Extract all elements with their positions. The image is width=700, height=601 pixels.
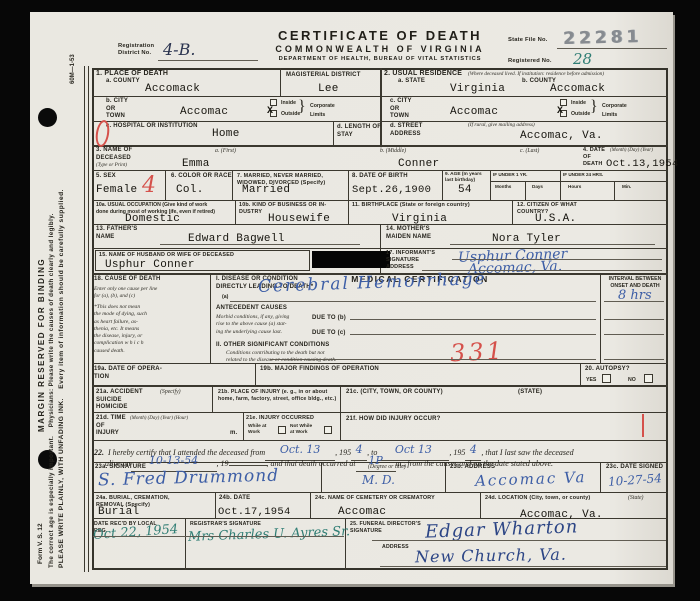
specify-label: (Specify) <box>160 389 181 397</box>
rule <box>348 200 349 224</box>
rule <box>215 492 216 518</box>
burial-date-value: Oct.17,1954 <box>218 507 291 518</box>
rule <box>92 440 668 441</box>
red-code-331: 331 <box>449 339 505 366</box>
outside-checkbox-x: X <box>267 106 273 117</box>
spouse-value: Usphur Conner <box>105 260 195 271</box>
hole-punch-top <box>38 108 57 127</box>
accident-suicide-homicide-label: 21a. ACCIDENT SUICIDE HOMICIDE <box>96 389 143 412</box>
alive-on-value: 10-13-54 <box>149 454 198 467</box>
state-value: Virginia <box>450 84 505 95</box>
color-race-value: Col. <box>176 185 204 196</box>
autopsy-no-checkbox <box>644 374 653 383</box>
rule <box>348 170 349 200</box>
birthplace-label: 11. BIRTHPLACE (State or foreign country… <box>352 202 470 209</box>
rule <box>512 200 513 224</box>
injury-occurred-label: 21e. INJURY OCCURRED <box>246 415 314 422</box>
cemetery-location-label: 24d. LOCATION (City, town, or county) <box>485 495 590 502</box>
rule <box>230 301 596 302</box>
res-outside-checkbox-x: X <box>557 106 563 117</box>
state-label: a. STATE <box>398 78 425 86</box>
dob-value: Sept.26,1900 <box>352 185 431 196</box>
rule <box>270 359 596 360</box>
registrar-signature-label: REGISTRAR'S SIGNATURE <box>190 521 261 528</box>
rule <box>235 200 236 224</box>
injury-city-label: 21c. (CITY, TOWN, OR COUNTY) <box>346 389 443 397</box>
rule <box>92 363 668 364</box>
state-file-value: 22281 <box>563 29 643 48</box>
autopsy-label: 20. AUTOPSY? <box>585 366 630 374</box>
while-at-work-label: While at Work <box>248 424 266 436</box>
cause-a-label: (a) <box>222 294 228 301</box>
sex-label: 5. SEX <box>96 173 116 181</box>
not-while-at-work-checkbox <box>324 426 332 434</box>
cemetery-label: 24c. NAME OF CEMETERY OR CREMATORY <box>315 495 435 502</box>
middle-name-label: b. (Middle) <box>380 148 406 156</box>
rule <box>210 273 211 363</box>
brace: } <box>590 98 598 116</box>
registered-no-value: 28 <box>573 52 592 67</box>
date-of-death-label: 4. DATE OF DEATH <box>583 147 605 168</box>
how-injury-label: 21f. HOW DID INJURY OCCUR? <box>346 416 441 424</box>
street-address-label: d. STREET ADDRESS <box>390 123 422 138</box>
res-outside-label: Outside <box>571 111 590 118</box>
antecedent-causes-label: ANTECEDENT CAUSES <box>216 305 287 313</box>
marital-value: Married <box>242 185 290 196</box>
dob-label: 8. DATE OF BIRTH <box>352 173 408 181</box>
informant-signature-label: 17. INFORMANT'S SIGNATURE <box>386 250 435 264</box>
rule <box>350 319 596 320</box>
magisterial-district-value: Lee <box>318 84 339 95</box>
injury-state-label: (STATE) <box>518 389 542 397</box>
rule <box>92 492 668 493</box>
physician-signature-value: S. Fred Drummond <box>98 468 280 490</box>
rule <box>490 181 668 182</box>
autopsy-yes-checkbox <box>602 374 611 383</box>
months-label: Months <box>495 184 511 190</box>
name-of-deceased-label: 3. NAME OF DECEASED <box>96 147 132 162</box>
registered-no-label: Registered No. <box>508 58 552 65</box>
city-town-value: Accomac <box>180 107 228 118</box>
rule <box>93 536 344 537</box>
street-address-note: (If rural, give mailing address) <box>468 122 535 129</box>
hospital-value: Home <box>212 129 240 140</box>
state-file-label: State File No. <box>508 37 548 44</box>
magisterial-district-label: MAGISTERIAL DISTRICT <box>286 72 361 80</box>
rule <box>84 66 85 572</box>
corporate-limits-label: Corporate Limits <box>310 102 335 121</box>
place-of-injury-label: 21b. PLACE OF INJURY (e. g., in or about… <box>218 389 336 402</box>
date-of-death-cols: (Month) (Day) (Year) <box>610 148 653 155</box>
other-conditions-label: II. OTHER SIGNIFICANT CONDITIONS <box>216 342 329 350</box>
cause-note-2: *This does not mean the mode of dying, s… <box>94 304 147 355</box>
not-while-at-work-label: Not While at Work <box>290 424 312 436</box>
rule <box>333 121 334 145</box>
cemetery-state-label: (State) <box>628 495 643 503</box>
cause-of-death-label: 18. CAUSE OF DEATH <box>94 276 161 284</box>
margin-instruction-2: The correct age is especially important.… <box>48 213 55 568</box>
sex-value: Female <box>96 185 137 196</box>
other-conditions-note: Conditions contributing to the death but… <box>226 350 336 365</box>
date-of-operation-label: 19a. DATE OF OPERA- TION <box>94 366 162 381</box>
rule <box>580 363 581 385</box>
autopsy-no-label: NO <box>628 377 636 384</box>
rule <box>450 244 655 245</box>
street-address-value: Accomac, Va. <box>520 131 603 142</box>
res-city-value: Accomac <box>450 107 498 118</box>
rule <box>243 412 244 440</box>
days-label: Days <box>532 184 543 190</box>
physician-address-label: 23b. ADDRESS <box>450 464 495 472</box>
rule <box>614 181 615 200</box>
burial-value: Burial <box>98 507 139 518</box>
certify-text: , and that death occurred at <box>267 459 356 469</box>
due-to-b-label: DUE TO (b) <box>312 315 346 323</box>
rule <box>160 244 360 245</box>
citizen-value: U.S.A. <box>535 214 576 225</box>
date-of-death-value: Oct.13,1954 <box>606 159 679 170</box>
if-under-1yr-label: IF UNDER 1 YR. <box>493 172 527 178</box>
antecedent-note: Morbid conditions, if any, giving rise t… <box>216 314 289 336</box>
rule <box>557 48 667 49</box>
rule <box>604 301 664 302</box>
autopsy-yes-label: YES <box>586 377 596 384</box>
time-of-injury-cols: (Month) (Day) (Year) (Hour) <box>130 416 188 423</box>
rule <box>280 68 281 96</box>
red-tally-mark <box>642 414 644 437</box>
min-label: Min. <box>622 184 631 190</box>
rule <box>92 145 668 147</box>
redaction-box <box>312 251 390 268</box>
inside-label: Inside <box>281 100 296 107</box>
print-code: 60M—1-53 <box>70 54 76 84</box>
degree-title-value: M. D. <box>362 474 395 486</box>
while-at-work-checkbox <box>278 426 286 434</box>
res-city-label: c. CITY OR TOWN <box>390 98 412 121</box>
rule <box>525 181 526 200</box>
type-or-print-label: (Type or Print) <box>96 162 127 169</box>
res-corporate-limits-label: Corporate Limits <box>602 102 627 121</box>
time-m-label: m. <box>230 430 237 438</box>
rule <box>604 319 664 320</box>
rule <box>490 170 491 200</box>
reg-district-label: Registration District No. <box>118 43 154 57</box>
date-signed-label: 23c. DATE SIGNED <box>606 464 663 472</box>
date-signed-value: 10-27-54 <box>608 472 663 488</box>
birthplace-value: Virginia <box>392 214 447 225</box>
degree-title-label: (Degree or title) <box>368 464 406 472</box>
document-title: CERTIFICATE OF DEATH <box>230 28 530 43</box>
funeral-director-label: 25. FUNERAL DIRECTOR'S SIGNATURE <box>350 521 421 534</box>
document-subtitle: COMMONWEALTH OF VIRGINIA <box>230 44 530 54</box>
rule <box>604 359 664 360</box>
hospital-label: c. HOSPITAL OR INSTITUTION <box>106 123 198 131</box>
rule <box>255 363 256 385</box>
reg-district-value: 4-B. <box>163 42 195 58</box>
rule <box>380 566 666 567</box>
form-number: Form V. S. 12 <box>37 523 44 564</box>
res-inside-checkbox <box>560 99 567 106</box>
rule <box>442 170 443 200</box>
rule <box>185 518 186 570</box>
rule <box>232 170 233 200</box>
death-certificate-document: 60M—1-53 PLEASE WRITE PLAINLY, WITH UNFA… <box>30 12 673 584</box>
age-label: 9. AGE (In years last birthday) <box>445 172 482 184</box>
rule <box>92 200 668 201</box>
inside-checkbox <box>270 99 277 106</box>
city-town-label: b. CITY OR TOWN <box>106 98 128 121</box>
burial-date-label: 24b. DATE <box>219 495 250 503</box>
first-name-label: a. (First) <box>215 148 236 156</box>
major-findings-label: 19b. MAJOR FINDINGS OF OPERATION <box>260 366 379 374</box>
hours-label: Hours <box>568 184 581 190</box>
due-to-c-label: DUE TO (c) <box>312 330 346 338</box>
rule <box>212 385 213 412</box>
father-label: 13. FATHER'S NAME <box>96 226 137 241</box>
rule <box>350 334 596 335</box>
county-label: a. COUNTY <box>106 78 140 86</box>
funeral-address-label: ADDRESS <box>382 544 409 551</box>
brace: } <box>298 98 306 116</box>
rule <box>88 66 89 572</box>
margin-instruction-1: PLEASE WRITE PLAINLY, WITH UNFADING INK.… <box>58 189 65 568</box>
last-name-value: Conner <box>398 159 439 170</box>
funeral-address-value: New Church, Va. <box>415 547 567 566</box>
rule <box>600 273 601 363</box>
cause-note-1: Enter only one cause per line for (a), (… <box>94 286 157 300</box>
occupation-value: Domestic <box>125 214 180 225</box>
rule <box>604 334 664 335</box>
business-value: Housewife <box>268 214 330 225</box>
cemetery-value: Accomac <box>338 507 386 518</box>
res-inside-label: Inside <box>571 100 586 107</box>
length-of-stay-label: d. LENGTH OF STAY <box>337 124 381 139</box>
res-county-value: Accomack <box>550 84 605 95</box>
county-value: Accomack <box>145 84 200 95</box>
rule <box>92 412 668 413</box>
rule <box>560 170 561 200</box>
color-race-label: 6. COLOR OR RACE <box>171 173 232 181</box>
usual-residence-note: (Where deceased lived. If institution: r… <box>468 71 604 78</box>
rule <box>480 492 481 518</box>
age-value: 54 <box>458 185 472 196</box>
margin-binding-note: MARGIN RESERVED FOR BINDING <box>37 258 46 432</box>
rule <box>158 60 258 61</box>
rule <box>340 385 341 440</box>
red-mark-4: 4 <box>142 175 156 197</box>
first-name-value: Emma <box>182 159 210 170</box>
spouse-label: 15. NAME OF HUSBAND OR WIFE OF DECEASED <box>99 252 234 259</box>
last-name-label: c. (Last) <box>520 148 539 156</box>
rule <box>92 170 668 171</box>
document-dept: DEPARTMENT OF HEALTH, BUREAU OF VITAL ST… <box>230 56 530 62</box>
rule <box>92 385 668 387</box>
time-of-injury-label: 21d. TIME OF INJURY <box>96 415 126 438</box>
rule <box>165 170 166 200</box>
rule <box>372 540 666 541</box>
mother-label: 14. MOTHER'S MAIDEN NAME <box>386 226 431 241</box>
physician-address-value: Accomac Va <box>475 470 587 489</box>
if-under-24hrs-label: IF UNDER 24 HRS. <box>563 172 603 178</box>
rule <box>310 492 311 518</box>
informant-address-label: ADDRESS <box>386 264 414 271</box>
certify-no: 22. <box>94 448 104 458</box>
